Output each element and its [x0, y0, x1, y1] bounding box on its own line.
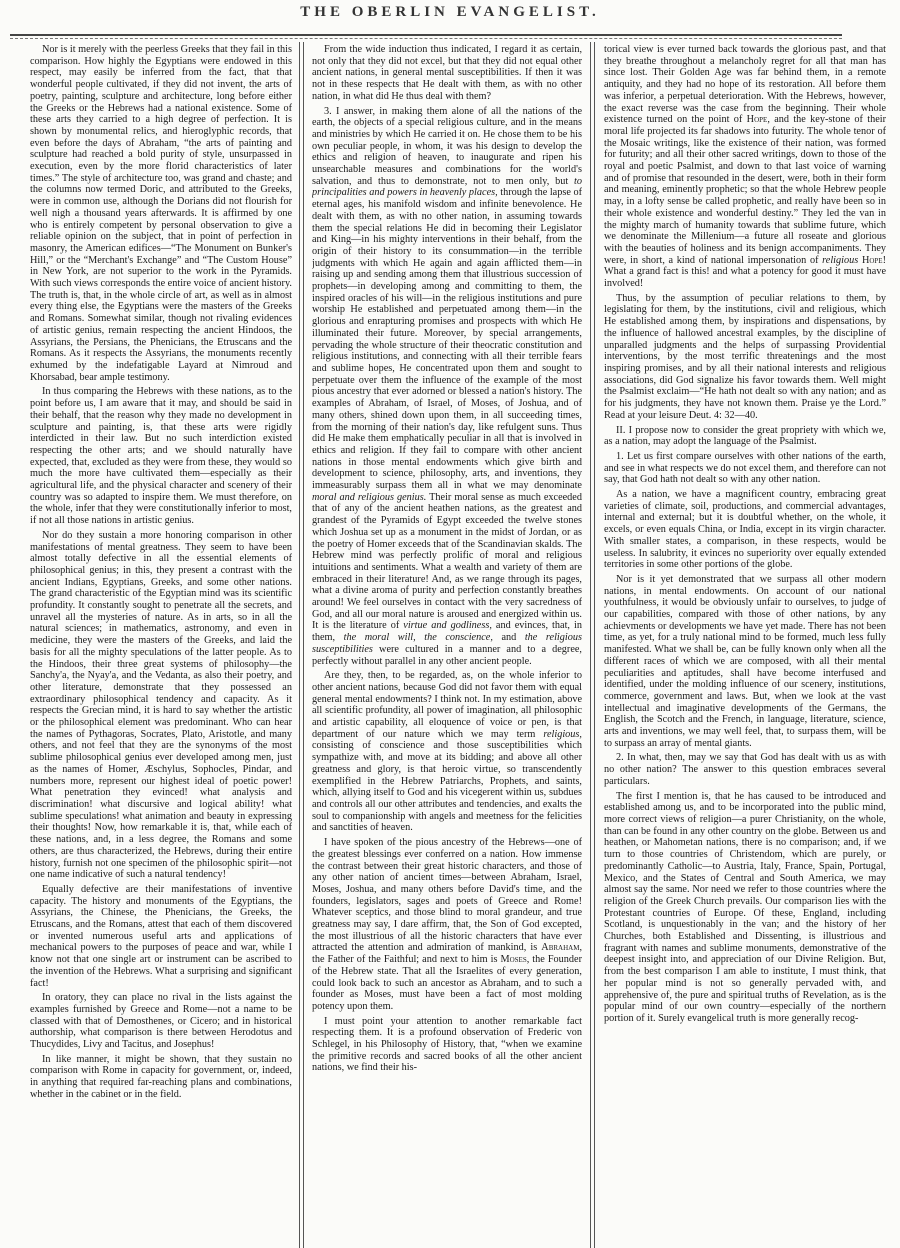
- text-run: , and the key-stone of their moral life …: [604, 114, 886, 265]
- text-run: 3. I answer, in making them alone of all…: [312, 106, 582, 187]
- paragraph: II. I propose now to consider the great …: [604, 425, 886, 448]
- masthead: THE OBERLIN EVANGELIST.: [0, 4, 900, 21]
- italic-run: moral and religious genius.: [312, 492, 426, 503]
- paragraph: 2. In what, then, may we say that God ha…: [604, 752, 886, 787]
- text-run: and: [493, 632, 525, 643]
- paragraph: In oratory, they can place no rival in t…: [30, 992, 292, 1051]
- column-right: torical view is ever turned back towards…: [604, 44, 886, 1244]
- text-run: I have spoken of the pious ancestry of t…: [312, 837, 582, 953]
- small-caps-run: Abraham: [541, 942, 579, 953]
- text-run: through the lapse of eternal ages, his m…: [312, 187, 582, 491]
- small-caps-run: Hope: [862, 255, 883, 266]
- paragraph: As a nation, we have a magnificent count…: [604, 489, 886, 571]
- paragraph: Thus, by the assumption of peculiar rela…: [604, 293, 886, 422]
- small-caps-run: Moses: [500, 954, 526, 965]
- masthead-rule-dashed: [10, 38, 842, 39]
- masthead-rule: [10, 34, 842, 36]
- column-divider: [590, 42, 595, 1248]
- paragraph: Nor is it yet demonstrated that we surpa…: [604, 574, 886, 750]
- italic-run: religious,: [543, 729, 582, 740]
- paragraph: Nor do they sustain a more honoring comp…: [30, 530, 292, 881]
- paragraph: torical view is ever turned back towards…: [604, 44, 886, 290]
- paragraph: In thus comparing the Hebrews with these…: [30, 386, 292, 526]
- small-caps-run: Hope: [747, 114, 768, 125]
- column-left: Nor is it merely with the peerless Greek…: [30, 44, 292, 1244]
- text-run: Are they, then, to be regarded, as, on t…: [312, 670, 582, 740]
- paragraph: Nor is it merely with the peerless Greek…: [30, 44, 292, 383]
- italic-run: religious: [822, 255, 858, 266]
- paragraph: From the wide induction thus indicated, …: [312, 44, 582, 103]
- text-run: consisting of conscience and those susce…: [312, 740, 582, 833]
- italic-run: virtue and godliness,: [403, 620, 492, 631]
- column-divider: [299, 42, 304, 1248]
- paragraph: I have spoken of the pious ancestry of t…: [312, 837, 582, 1013]
- text-run: torical view is ever turned back towards…: [604, 44, 886, 125]
- paragraph: The first I mention is, that he has caus…: [604, 791, 886, 1025]
- column-middle: From the wide induction thus indicated, …: [312, 44, 582, 1244]
- paragraph: Equally defective are their manifestatio…: [30, 884, 292, 989]
- text-run: Their moral sense as much exceeded that …: [312, 492, 582, 632]
- paragraph: In like manner, it might be shown, that …: [30, 1054, 292, 1101]
- paragraph: 3. I answer, in making them alone of all…: [312, 106, 582, 668]
- italic-run: the moral will, the conscience,: [344, 632, 493, 643]
- paragraph: I must point your attention to another r…: [312, 1016, 582, 1075]
- paragraph: 1. Let us first compare ourselves with o…: [604, 451, 886, 486]
- paragraph: Are they, then, to be regarded, as, on t…: [312, 670, 582, 834]
